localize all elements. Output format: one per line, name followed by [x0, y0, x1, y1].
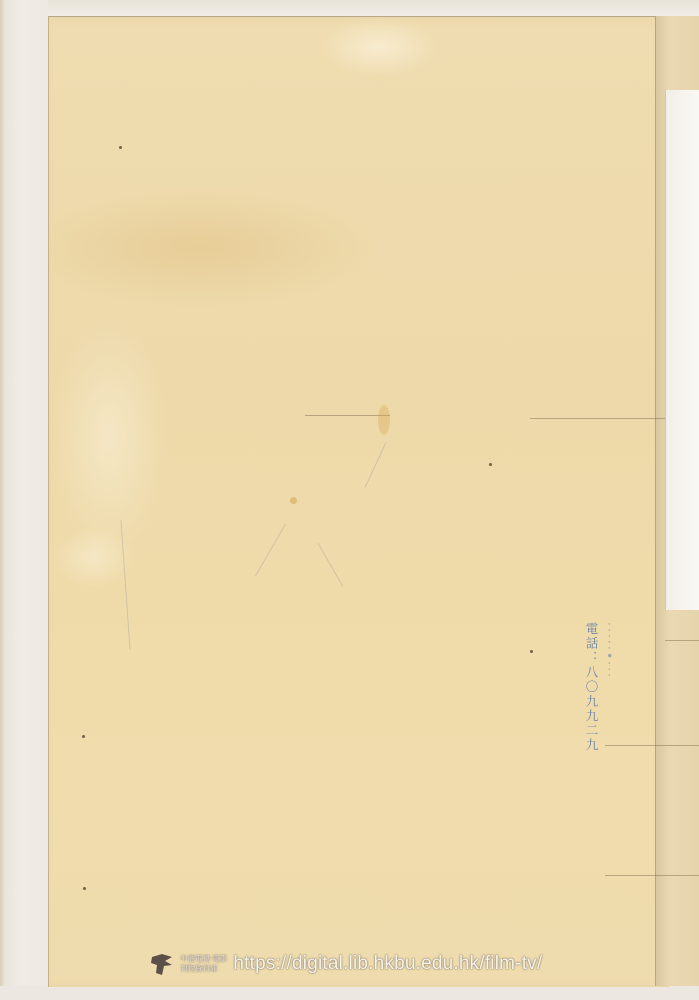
archive-name-line1: 中港電視‧電影 [180, 954, 227, 964]
speck [119, 146, 122, 149]
archive-watermark: 中港電視‧電影 刊物資料庫 https://digital.lib.hkbu.e… [148, 948, 542, 980]
spine-fold-line [665, 875, 699, 876]
crease-line [605, 745, 665, 746]
archive-logo-icon [148, 951, 174, 977]
stamp-address-line: ·····•··· [602, 622, 617, 679]
stain-spot [378, 405, 390, 435]
speck [83, 887, 86, 890]
archive-name: 中港電視‧電影 刊物資料庫 [180, 954, 227, 974]
back-cover-page [48, 16, 669, 987]
spine-label [665, 90, 699, 610]
spine-fold-line [665, 745, 699, 746]
spine-fold-line [665, 640, 699, 641]
speck [530, 650, 533, 653]
speck [489, 463, 492, 466]
stain-spot [290, 497, 297, 504]
crease-line [605, 875, 665, 876]
stamp-phone-line: 電話：八〇九九二九 [582, 622, 600, 753]
archive-name-line2: 刊物資料庫 [180, 964, 227, 974]
bottom-cover-edge [0, 986, 699, 1000]
left-cover-edge [0, 0, 48, 1000]
crease-line [530, 418, 665, 419]
top-cover-edge [0, 0, 699, 16]
speck [82, 735, 85, 738]
archive-url: https://digital.lib.hkbu.edu.hk/film-tv/ [233, 953, 542, 975]
